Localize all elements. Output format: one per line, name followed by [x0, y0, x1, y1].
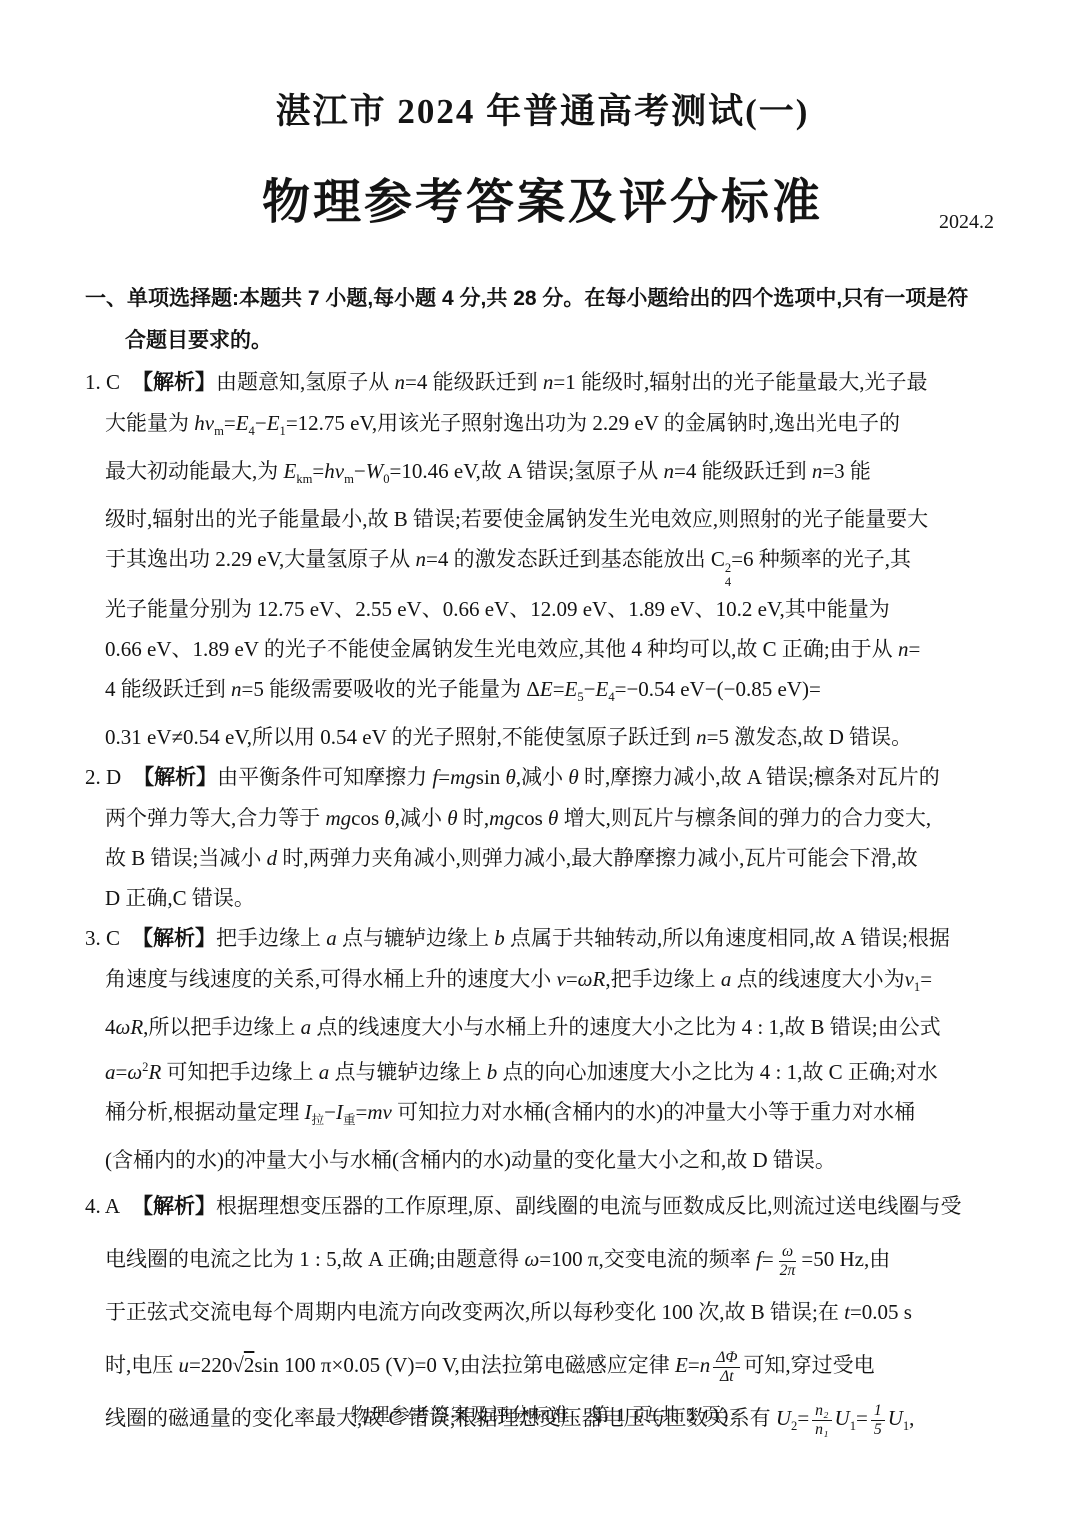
question-1-line-2: 大能量为 hνm=E4−E1=12.75 eV,用该光子照射逸出功为 2.29 …	[85, 403, 1000, 451]
question-4-line-4: 时,电压 u=220√2sin 100 π×0.05 (V)=0 V,由法拉第电…	[85, 1339, 1000, 1392]
page-subtitle: 物理参考答案及评分标准	[85, 174, 1000, 232]
question-4-answer-label: 4. A	[85, 1194, 120, 1218]
question-2-line-3: 故 B 错误;当减小 d 时,两弹力夹角减小,则弹力减小,最大静摩擦力减小,瓦片…	[85, 838, 1000, 878]
page-title: 湛江市 2024 年普通高考测试(一)	[85, 90, 1000, 134]
question-3-line-4: a=ω2R 可知把手边缘上 a 点与辘轳边缘上 b 点的向心加速度大小之比为 4…	[85, 1047, 1000, 1092]
question-2-answer-label: 2. D	[85, 765, 121, 789]
question-1-line-1: 1. C【解析】由题意知,氢原子从 n=4 能级跃迁到 n=1 能级时,辐射出的…	[85, 362, 1000, 403]
question-3-line-1: 3. C【解析】把手边缘上 a 点与辘轳边缘上 b 点属于共轴转动,所以角速度相…	[85, 918, 1000, 959]
question-1-line-8: 4 能级跃迁到 n=5 能级需要吸收的光子能量为 ΔE=E5−E4=−0.54 …	[85, 669, 1000, 717]
question-1-line-9: 0.31 eV≠0.54 eV,所以用 0.54 eV 的光子照射,不能使氢原子…	[85, 717, 1000, 757]
question-4-line-2: 电线圈的电流之比为 1 : 5,故 A 正确;由题意得 ω=100 π,交变电流…	[85, 1233, 1000, 1286]
section-heading-line-1: 一、单项选择题:本题共 7 小题,每小题 4 分,共 28 分。在每小题给出的四…	[85, 278, 1000, 320]
question-1-line-4: 级时,辐射出的光子能量最小,故 B 错误;若要使金属钠发生光电效应,则照射的光子…	[85, 499, 1000, 539]
question-2: 2. D【解析】由平衡条件可知摩擦力 f=mgsin θ,减小 θ 时,摩擦力减…	[85, 757, 1000, 918]
page-footer: 物理参考答案及评分标准 第 1 页(共 5 页)	[0, 1400, 1080, 1427]
exam-date: 2024.2	[939, 211, 994, 234]
question-3-line-6: (含桶内的水)的冲量大小与水桶(含桶内的水)动量的变化量大小之和,故 D 错误。	[85, 1140, 1000, 1180]
question-1-answer-label: 1. C	[85, 370, 120, 394]
question-2-line-2: 两个弹力等大,合力等于 mgcos θ,减小 θ 时,mgcos θ 增大,则瓦…	[85, 798, 1000, 838]
question-1-line-3: 最大初动能最大,为 Ekm=hνm−W0=10.46 eV,故 A 错误;氢原子…	[85, 451, 1000, 499]
question-1-line-5: 于其逸出功 2.29 eV,大量氢原子从 n=4 的激发态跃迁到基态能放出 C2…	[85, 539, 1000, 588]
section-heading: 一、单项选择题:本题共 7 小题,每小题 4 分,共 28 分。在每小题给出的四…	[85, 278, 1000, 362]
question-4-line-3: 于正弦式交流电每个周期内电流方向改变两次,所以每秒变化 100 次,故 B 错误…	[85, 1286, 1000, 1339]
question-4-line-1: 4. A【解析】根据理想变压器的工作原理,原、副线圈的电流与匝数成反比,则流过送…	[85, 1180, 1000, 1233]
question-1: 1. C【解析】由题意知,氢原子从 n=4 能级跃迁到 n=1 能级时,辐射出的…	[85, 362, 1000, 757]
answer-key-page: 湛江市 2024 年普通高考测试(一) 物理参考答案及评分标准 2024.2 一…	[0, 0, 1080, 1518]
section-heading-line-2: 合题目要求的。	[85, 320, 1000, 362]
question-1-line-6: 光子能量分别为 12.75 eV、2.55 eV、0.66 eV、12.09 e…	[85, 589, 1000, 629]
question-2-line-4: D 正确,C 错误。	[85, 878, 1000, 918]
subtitle-row: 物理参考答案及评分标准 2024.2	[85, 174, 1000, 234]
question-3-line-2: 角速度与线速度的关系,可得水桶上升的速度大小 v=ωR,把手边缘上 a 点的线速…	[85, 959, 1000, 1007]
question-2-line-1: 2. D【解析】由平衡条件可知摩擦力 f=mgsin θ,减小 θ 时,摩擦力减…	[85, 757, 1000, 798]
question-3-line-3: 4ωR,所以把手边缘上 a 点的线速度大小与水桶上升的速度大小之比为 4 : 1…	[85, 1007, 1000, 1047]
question-1-line-7: 0.66 eV、1.89 eV 的光子不能使金属钠发生光电效应,其他 4 种均可…	[85, 629, 1000, 669]
question-3: 3. C【解析】把手边缘上 a 点与辘轳边缘上 b 点属于共轴转动,所以角速度相…	[85, 918, 1000, 1180]
questions-list: 1. C【解析】由题意知,氢原子从 n=4 能级跃迁到 n=1 能级时,辐射出的…	[85, 362, 1000, 1454]
question-3-answer-label: 3. C	[85, 926, 120, 950]
question-3-line-5: 桶分析,根据动量定理 I拉−I重=mv 可知拉力对水桶(含桶内的水)的冲量大小等…	[85, 1092, 1000, 1140]
